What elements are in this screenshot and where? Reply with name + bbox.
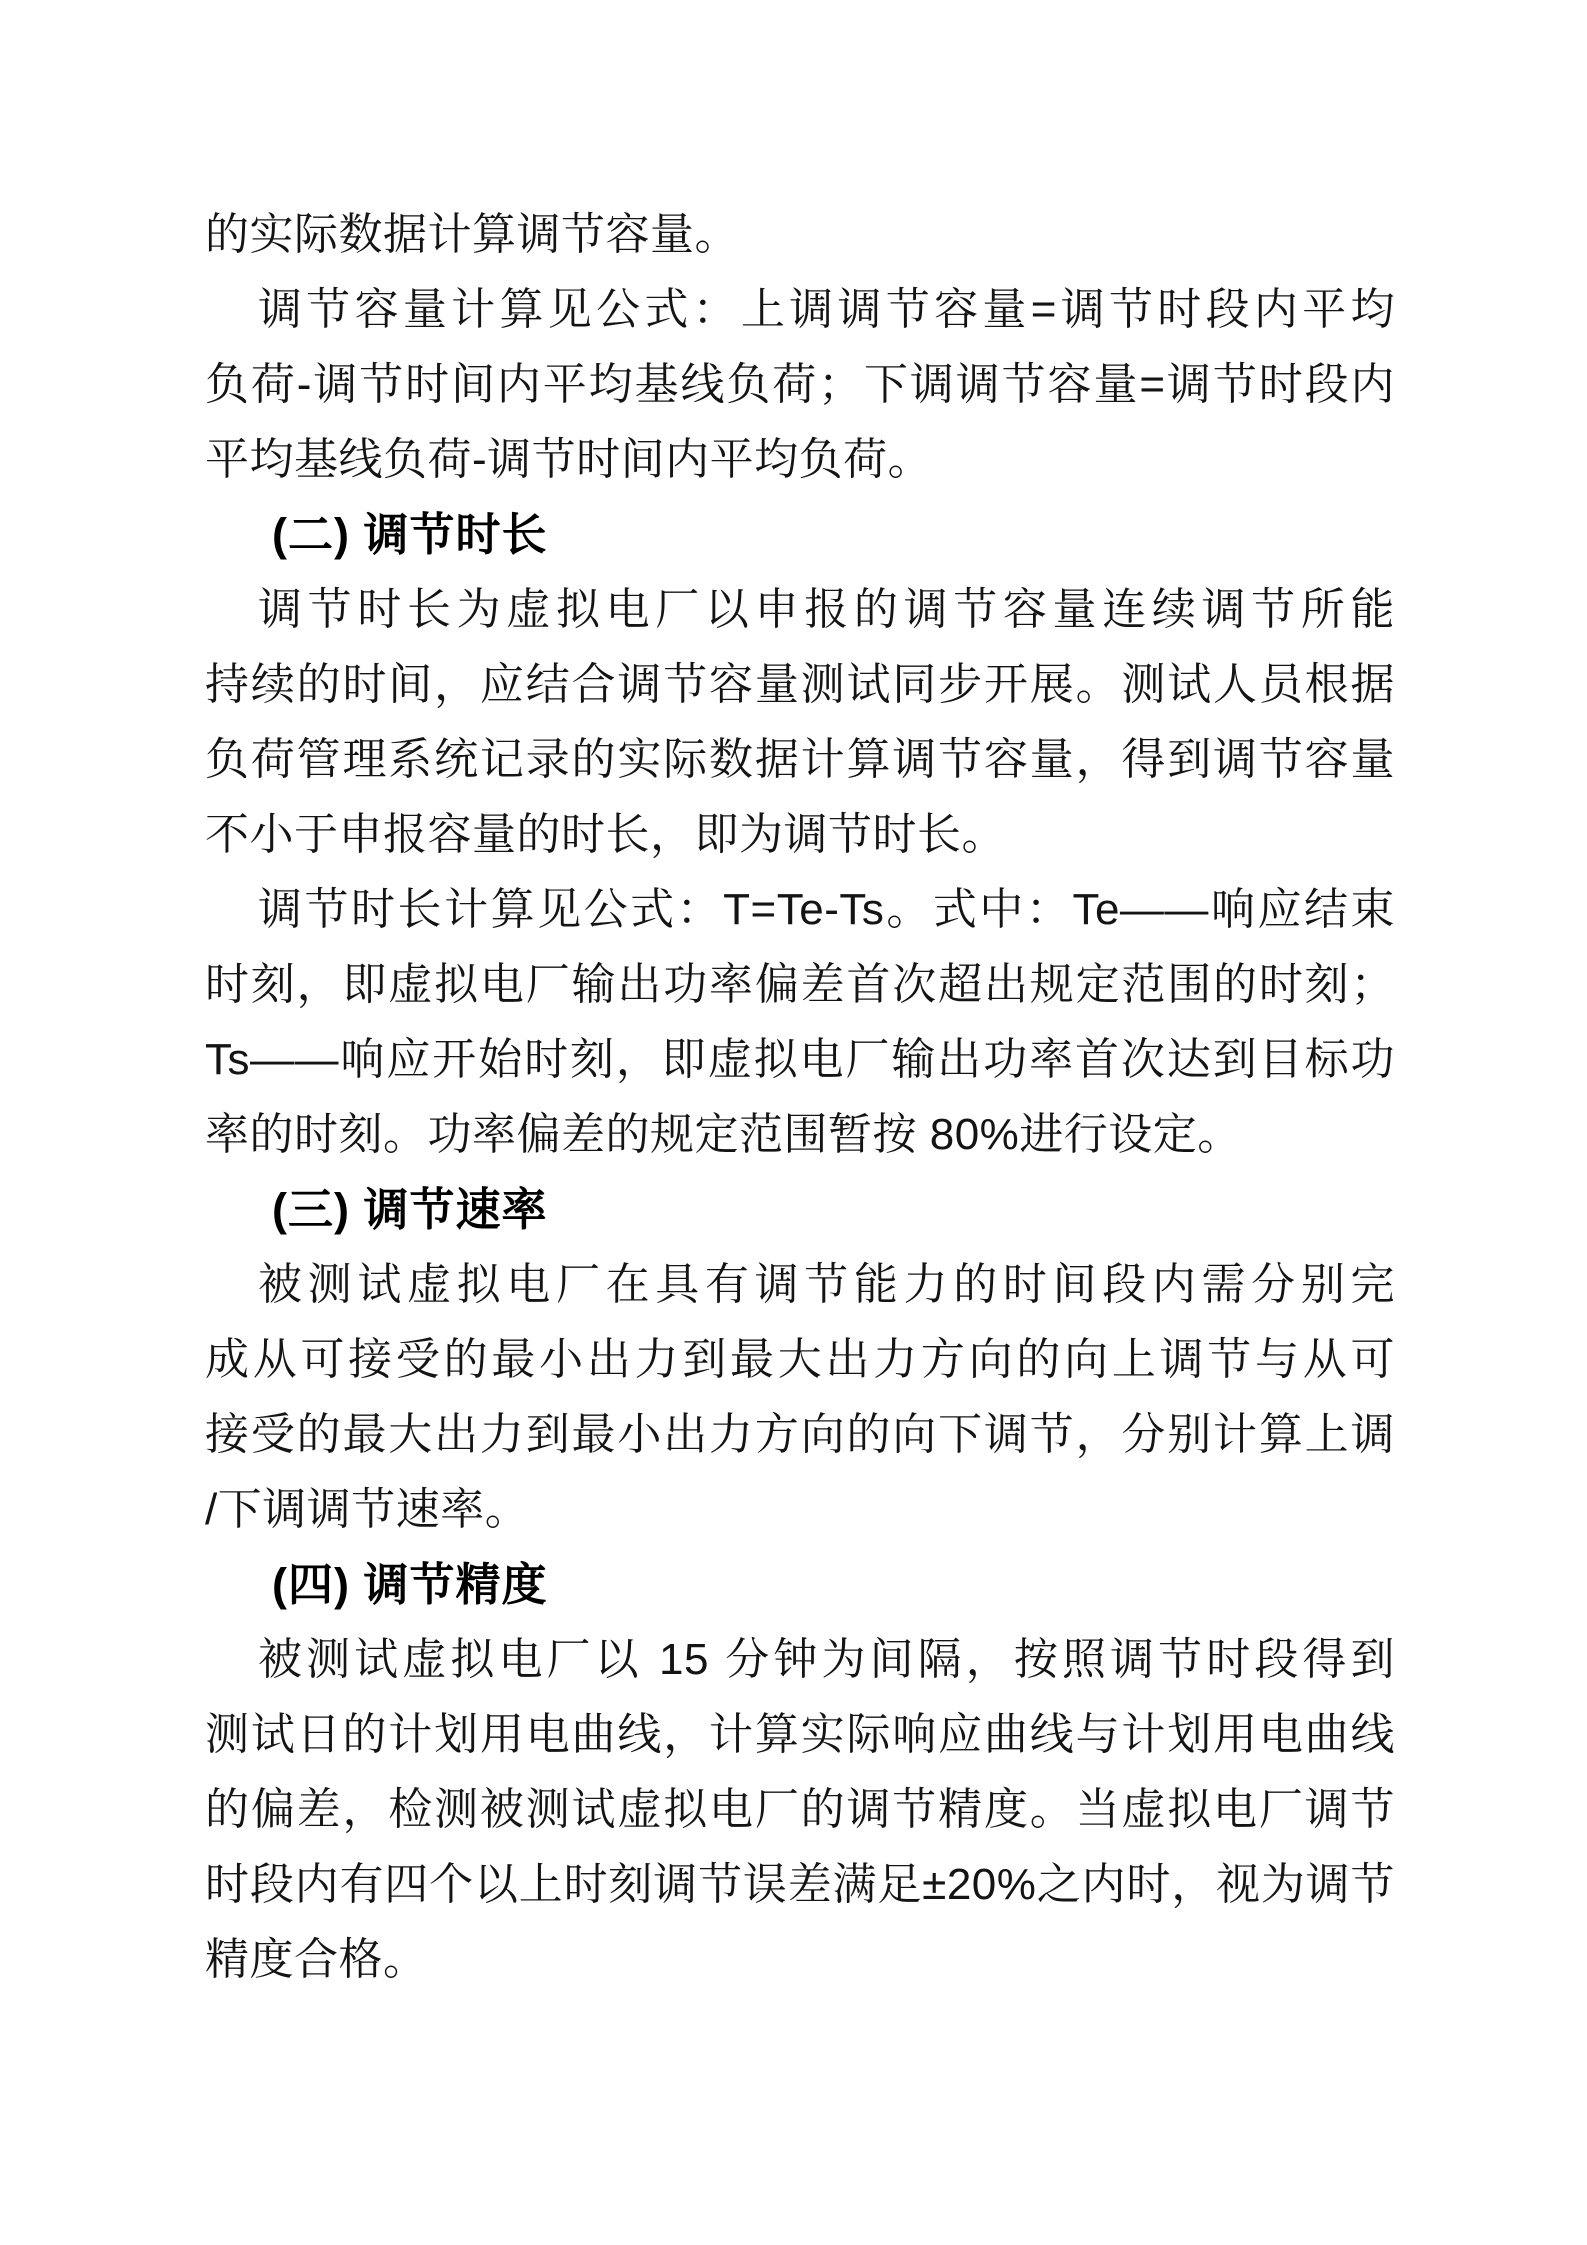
body-line: 负荷管理系统记录的实际数据计算调节容量，得到调节容量 [205, 722, 1395, 797]
document-text-block: 的实际数据计算调节容量。 调节容量计算见公式：上调调节容量=调节时段内平均 负荷… [205, 197, 1395, 1997]
body-line: 率的时刻。功率偏差的规定范围暂按 80%进行设定。 [205, 1097, 1395, 1172]
body-line: 的实际数据计算调节容量。 [205, 197, 1395, 272]
body-line: 被测试虚拟电厂在具有调节能力的时间段内需分别完 [205, 1247, 1395, 1322]
body-line: 平均基线负荷-调节时间内平均负荷。 [205, 422, 1395, 497]
body-line: 调节时长为虚拟电厂以申报的调节容量连续调节所能 [205, 572, 1395, 647]
body-line: 调节容量计算见公式：上调调节容量=调节时段内平均 [205, 272, 1395, 347]
body-line: Ts——响应开始时刻，即虚拟电厂输出功率首次达到目标功 [205, 1022, 1395, 1097]
body-line: 不小于申报容量的时长，即为调节时长。 [205, 797, 1395, 872]
body-line: 时段内有四个以上时刻调节误差满足±20%之内时，视为调节 [205, 1847, 1395, 1922]
body-line: /下调调节速率。 [205, 1472, 1395, 1547]
body-line: 测试日的计划用电曲线，计算实际响应曲线与计划用电曲线 [205, 1697, 1395, 1772]
body-line: 被测试虚拟电厂以 15 分钟为间隔，按照调节时段得到 [205, 1622, 1395, 1697]
body-line: 精度合格。 [205, 1922, 1395, 1997]
body-line: 成从可接受的最小出力到最大出力方向的向上调节与从可 [205, 1322, 1395, 1397]
section-heading-3: (三) 调节速率 [205, 1172, 1395, 1247]
section-heading-2: (二) 调节时长 [205, 497, 1395, 572]
body-line: 接受的最大出力到最小出力方向的向下调节，分别计算上调 [205, 1397, 1395, 1472]
body-line: 的偏差，检测被测试虚拟电厂的调节精度。当虚拟电厂调节 [205, 1772, 1395, 1847]
body-line: 持续的时间，应结合调节容量测试同步开展。测试人员根据 [205, 647, 1395, 722]
body-line: 调节时长计算见公式：T=Te-Ts。式中：Te——响应结束 [205, 872, 1395, 947]
section-heading-4: (四) 调节精度 [205, 1547, 1395, 1622]
document-page: 的实际数据计算调节容量。 调节容量计算见公式：上调调节容量=调节时段内平均 负荷… [0, 0, 1587, 2245]
body-line: 时刻，即虚拟电厂输出功率偏差首次超出规定范围的时刻； [205, 947, 1395, 1022]
body-line: 负荷-调节时间内平均基线负荷；下调调节容量=调节时段内 [205, 347, 1395, 422]
